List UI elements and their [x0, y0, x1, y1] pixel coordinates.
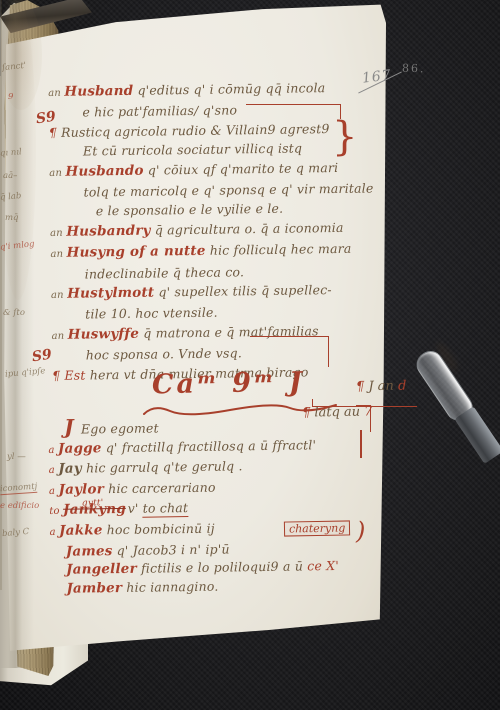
text-segment: q' cōiux qf q'marito te q mari: [144, 160, 339, 178]
text-segment: ¶: [356, 379, 369, 394]
j-section-text: J Ego egometa Jagge q' fractillq fractil…: [48, 413, 406, 598]
text-segment: Jay: [58, 461, 82, 477]
text-segment: a: [49, 465, 59, 476]
red-bracket-line: [250, 336, 329, 367]
text-segment: an: [50, 228, 66, 239]
text-segment: d: [398, 379, 407, 394]
text-fragment: q̄ lab: [0, 191, 22, 203]
text-segment: e hic pat'familias/ q'sno: [82, 103, 237, 120]
text-segment: Rusticq agricola rudio & Villain9 agrest…: [61, 121, 330, 140]
text-segment: q'editus q' i cōmūg qq̄ incola: [133, 80, 325, 98]
text-segment: Hustylmott: [67, 285, 154, 302]
text-segment: J: [64, 415, 81, 439]
text-segment: Husbandry: [66, 222, 151, 239]
text-segment: an: [49, 167, 65, 178]
text-segment: a: [48, 444, 58, 455]
text-segment: hoc sponsa o. Vnde vsq.: [86, 346, 242, 363]
text-segment: q' Jacob3 i n' ip'ū: [112, 541, 229, 558]
text-segment: to: [49, 506, 63, 517]
text-segment: tile 10. hoc vtensile.: [85, 305, 218, 322]
text-segment: hic folliculq hec mara: [205, 241, 351, 258]
text-segment: Jamber: [66, 580, 122, 597]
text-segment: Jakke: [59, 522, 103, 539]
red-bracket-line: [246, 104, 341, 119]
text-fragment: & ſto: [3, 308, 25, 318]
text-segment: an: [50, 249, 66, 260]
text-segment: James: [66, 543, 113, 560]
text-segment: q̄ agricultura o. q̄ a iconomia: [151, 220, 344, 238]
red-paren-mark: ): [356, 517, 365, 545]
text-segment: indeclinabile q̄ theca co.: [85, 264, 245, 281]
text-segment: hic carcerariano: [104, 479, 216, 496]
text-segment: q' fractillq fractillosq a ū ffractl': [101, 437, 316, 455]
folio-number: 86.: [402, 62, 426, 76]
text-fragment: yl —: [7, 452, 26, 462]
text-fragment: baly C: [2, 527, 30, 539]
text-segment: Ego egomet: [81, 420, 159, 436]
text-segment: an: [48, 88, 64, 99]
text-segment: to chat: [143, 500, 189, 518]
text-segment: e le sponsalio e le vyilie e le.: [96, 201, 284, 219]
red-bracket-line: [360, 430, 362, 458]
text-segment: Huswyffe: [68, 326, 140, 343]
text-fragment: 9: [8, 92, 13, 102]
text-segment: q' supellex tilis q̄ supellec-: [154, 282, 332, 299]
text-segment: ce X': [307, 558, 339, 573]
text-segment: Husyng of a nutte: [66, 243, 205, 261]
text-segment: hoc bombicinū ij: [102, 521, 214, 538]
text-segment: a: [49, 486, 59, 497]
annotation-line: ¶ J an d: [356, 377, 407, 397]
text-segment: tolq te maricolq e q' sponsq e q' vir ma…: [83, 180, 373, 199]
red-brace: }: [332, 114, 357, 160]
text-segment: fictilis e lo poliloqui9 a ū: [137, 559, 308, 576]
text-segment: hic garrulq q'te gerulq .: [82, 458, 243, 475]
text-segment: Et cū ruricola sociatur villicq istq: [83, 141, 302, 159]
text-segment: Jagge: [58, 440, 102, 457]
margin-annotation-chateryng: chateryng: [284, 520, 351, 536]
text-segment: ¶: [302, 405, 315, 420]
text-fragment: mq̄: [5, 213, 19, 223]
text-segment: gytt': [82, 499, 104, 509]
text-fragment: e edificio: [0, 501, 39, 511]
text-segment: Husband: [64, 83, 133, 100]
text-segment: a: [50, 527, 60, 538]
text-fragment: aā–: [3, 171, 17, 181]
chapter-heading: Caᵐ 9ᵐ J: [152, 367, 305, 401]
weight-handle: [454, 406, 500, 464]
text-segment: an: [51, 331, 67, 342]
text-fragment: ſanct': [2, 61, 27, 73]
manuscript-photo: ſanct'9qı nılaā–q̄ labmq̄q'i mlog& ſtoip…: [0, 0, 500, 710]
text-segment: v': [123, 501, 142, 516]
text-segment: hic iannagino.: [122, 578, 219, 594]
margin-annotation-j-and: ¶ J an d: [356, 377, 407, 397]
text-fragment: q'i mlog: [0, 239, 35, 253]
text-fragment: ipu q'ipſe: [5, 366, 46, 379]
text-fragment: iconomtj: [0, 482, 38, 496]
text-segment: an: [51, 290, 67, 301]
text-segment: ¶ Est: [52, 367, 90, 383]
text-segment: ¶: [49, 125, 62, 140]
red-paraph-mark: S9: [31, 347, 53, 366]
red-bracket-line: [356, 405, 371, 432]
text-segment: Jangeller: [66, 561, 137, 578]
text-segment: Jaylor: [58, 481, 104, 498]
text-segment: Husbando: [65, 162, 143, 179]
text-fragment: qı nıl: [0, 147, 22, 158]
text-segment: J an: [368, 379, 398, 395]
